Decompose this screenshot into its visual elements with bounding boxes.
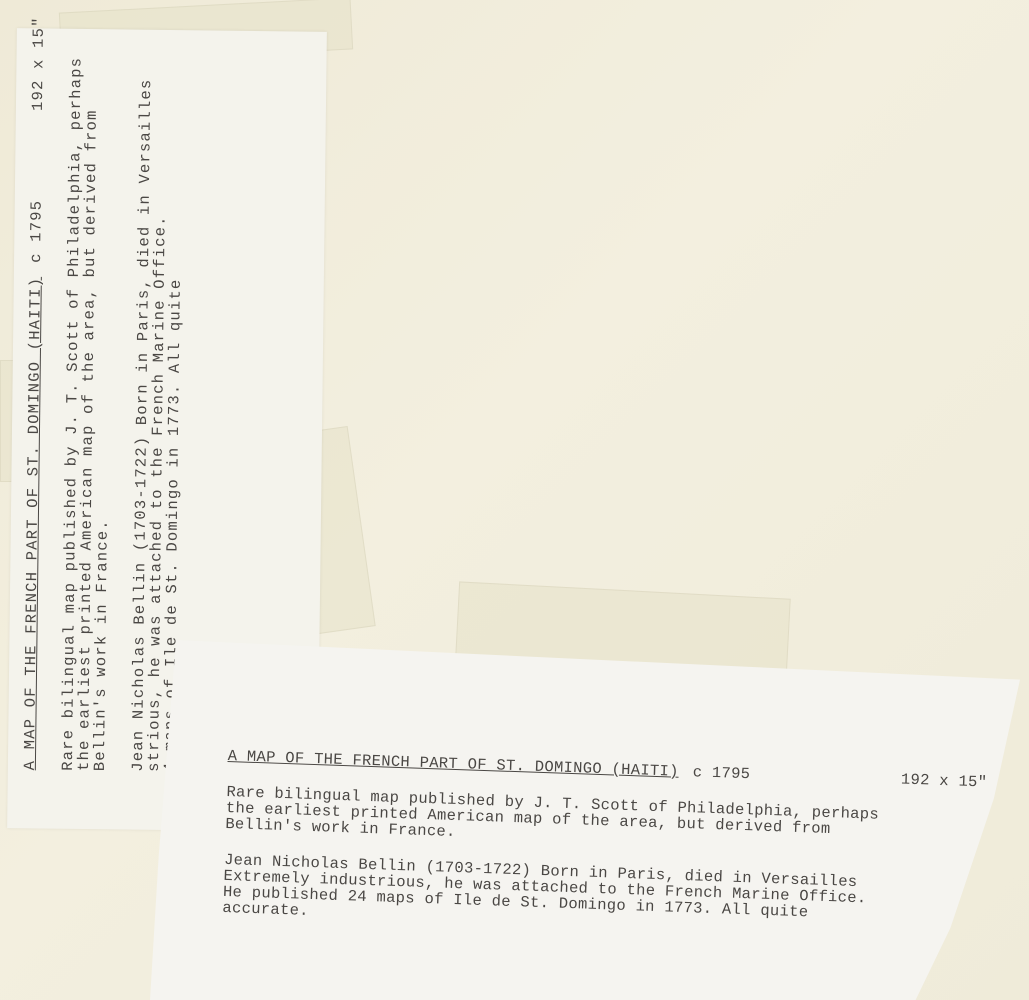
label-size: 192 x 15" <box>901 772 988 791</box>
label-card-front: A MAP OF THE FRENCH PART OF ST. DOMINGO … <box>150 640 1020 1000</box>
label-title: A MAP OF THE FRENCH PART OF ST. DOMINGO … <box>227 748 679 780</box>
label-size: 192 x 15" <box>30 16 47 111</box>
label-biography: Jean Nicholas Bellin (1703-1722) Born in… <box>222 852 984 942</box>
label-description: Rare bilingual map published by J. T. Sc… <box>225 784 986 858</box>
label-title: A MAP OF THE FRENCH PART OF ST. DOMINGO … <box>22 277 44 771</box>
label-date: c 1795 <box>692 764 750 782</box>
label-description: Rare bilingual map published by J. T. Sc… <box>60 17 117 772</box>
label-date: c 1795 <box>28 200 45 263</box>
